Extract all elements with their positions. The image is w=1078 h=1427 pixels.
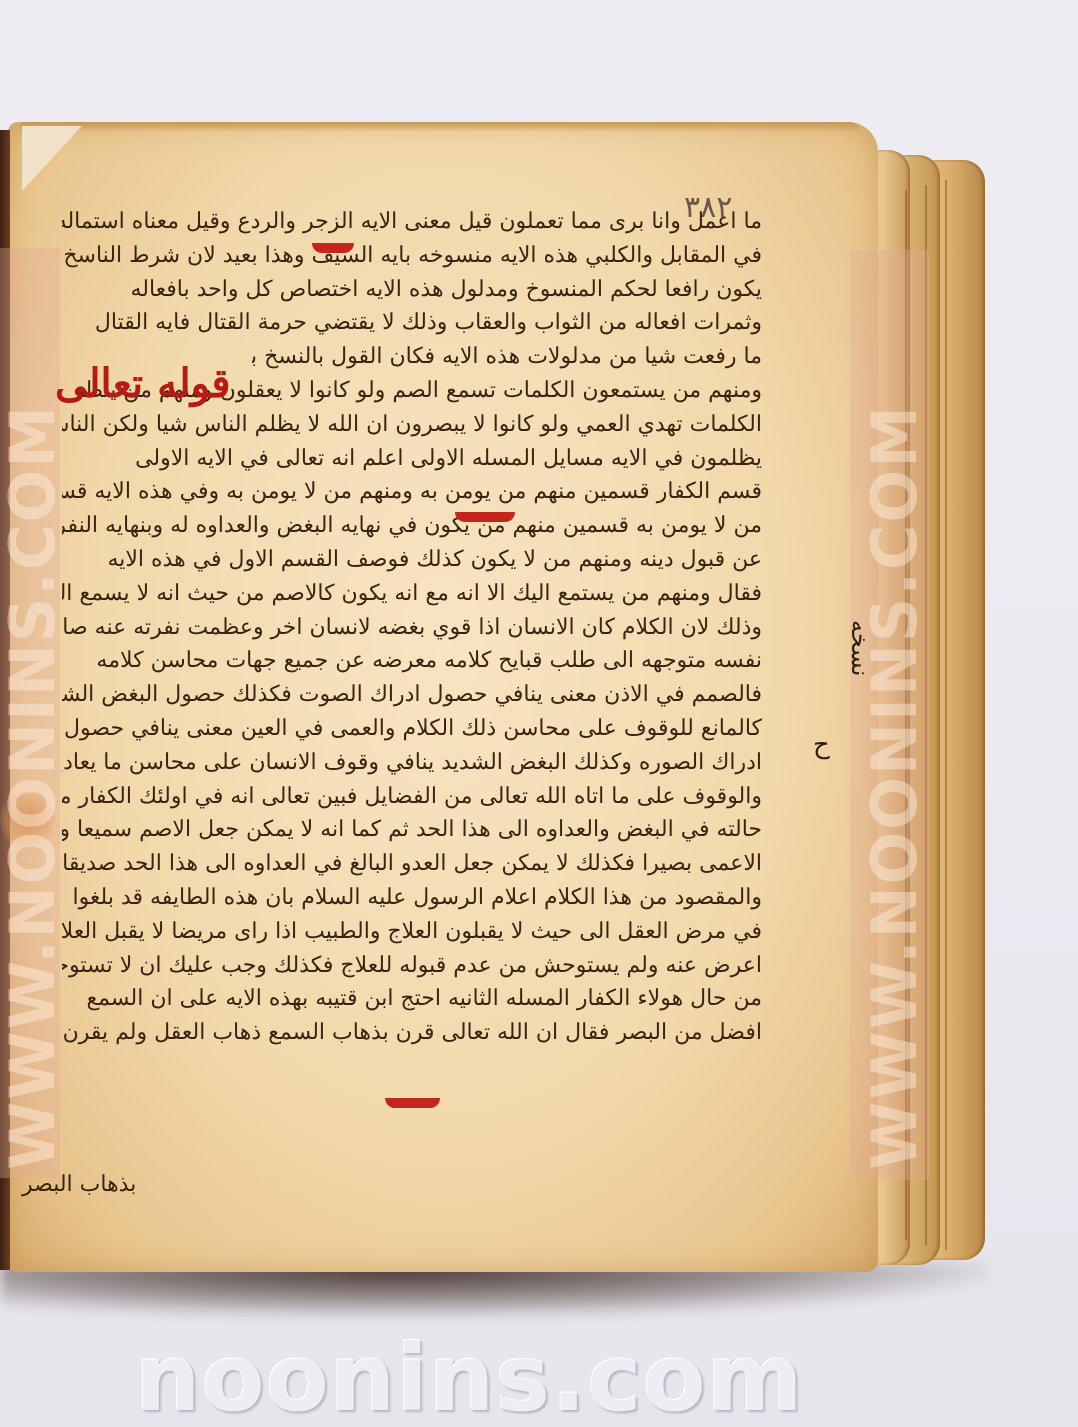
- page-top-edge: [20, 122, 860, 132]
- red-rubric-heading: قوله تعالى: [55, 360, 231, 407]
- text-line: نفسه متوجهه الى طلب قبايح كلامه معرضه عن…: [62, 644, 762, 678]
- text-line: ما اعمل وانا برى مما تعملون قيل معنى الا…: [62, 205, 762, 239]
- text-line: عن قبول دينه ومنهم من لا يكون كذلك فوصف …: [62, 543, 762, 577]
- text-line: في مرض العقل الى حيث لا يقبلون العلاج وا…: [62, 915, 762, 949]
- text-line: ما رفعت شيا من مدلولات هذه الايه فكان ال…: [252, 340, 762, 374]
- margin-mark: ح: [813, 730, 830, 760]
- text-line: ادراك الصوره وكذلك البغض الشديد ينافي وق…: [62, 746, 762, 780]
- margin-note: نسخه: [846, 620, 874, 676]
- text-line: حالته في البغض والعداوه الى هذا الحد ثم …: [62, 813, 762, 847]
- footer-watermark: noonins.com: [135, 1325, 945, 1427]
- text-line: من حال هولاء الكفار المسله الثانيه احتج …: [62, 982, 762, 1016]
- page-edge-line: [945, 180, 947, 1250]
- red-overline-mark: [385, 1098, 440, 1108]
- text-line: من لا يومن به قسمين منهم من يكون في نهاي…: [62, 509, 762, 543]
- text-line: يكون رافعا لحكم المنسوخ ومدلول هذه الايه…: [62, 273, 762, 307]
- red-overline-mark: [455, 512, 515, 522]
- manuscript-text: ما اعمل وانا برى مما تعملون قيل معنى الا…: [62, 205, 762, 1050]
- text-line: اعرض عنه ولم يستوحش من عدم قبوله للعلاج …: [62, 949, 762, 983]
- text-line: الاعمى بصيرا فكذلك لا يمكن جعل العدو الب…: [62, 847, 762, 881]
- folded-corner: [22, 126, 82, 191]
- text-line: وثمرات افعاله من الثواب والعقاب وذلك لا …: [62, 306, 762, 340]
- text-line: افضل من البصر فقال ان الله تعالى قرن بذه…: [62, 1016, 762, 1050]
- text-line: وذلك لان الكلام كان الانسان اذا قوي بغضه…: [62, 611, 762, 645]
- manuscript-photo: WWW.NOONINS.COM WWW.NOONINS.COM ٣٨٢ ما ا…: [0, 0, 1078, 1427]
- catchword: بذهاب البصر: [22, 1172, 136, 1197]
- text-line: قسم الكفار قسمين منهم من يومن به ومنهم م…: [62, 475, 762, 509]
- text-line: فالصمم في الاذن معنى ينافي حصول ادراك ال…: [62, 678, 762, 712]
- red-overline-mark: [312, 243, 354, 253]
- text-line: كالمانع للوقوف على محاسن ذلك الكلام والع…: [62, 712, 762, 746]
- text-line: والمقصود من هذا الكلام اعلام الرسول عليه…: [62, 881, 762, 915]
- text-line: والوقوف على ما اتاه الله تعالى من الفضاي…: [62, 780, 762, 814]
- side-watermark-right: WWW.NOONINS.COM: [858, 250, 931, 1170]
- text-line: الكلمات تهدي العمي ولو كانوا لا يبصرون ا…: [62, 408, 762, 442]
- text-line: فقال ومنهم من يستمع اليك الا انه مع انه …: [62, 577, 762, 611]
- text-line: يظلمون في الايه مسايل المسله الاولى اعلم…: [62, 442, 762, 476]
- text-line: في المقابل والكلبي هذه الايه منسوخه بايه…: [62, 239, 762, 273]
